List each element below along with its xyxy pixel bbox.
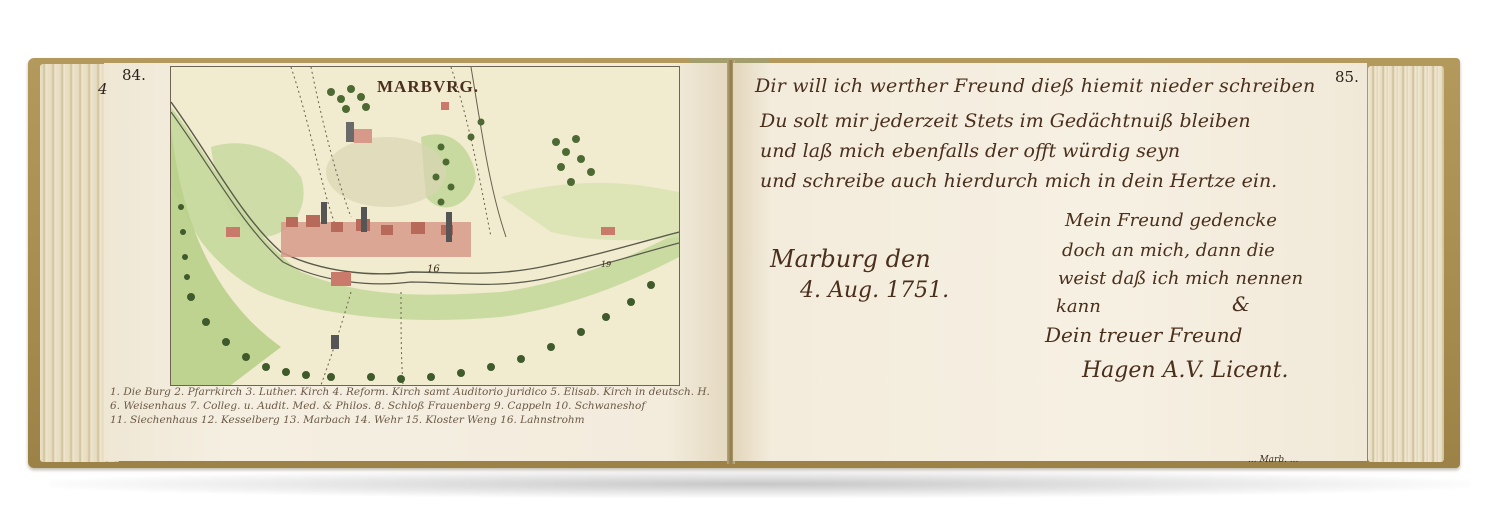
verse-line: und schreibe auch hierdurch mich in dein… — [760, 170, 1277, 192]
dedication-line: Mein Freund gedencke — [1065, 210, 1277, 231]
map-drawing: 16 19 — [171, 67, 679, 385]
book-shadow — [50, 470, 1470, 498]
dedication-line: weist daß ich mich nennen — [1058, 268, 1303, 289]
dedication-line: Dein treuer Freund — [1045, 323, 1242, 347]
legend-line: 1. Die Burg 2. Pfarrkirch 3. Luther. Kir… — [110, 385, 722, 399]
dedication-line: kann — [1056, 296, 1101, 317]
edge-mark: 4 — [98, 80, 108, 98]
svg-text:19: 19 — [601, 260, 611, 269]
marburg-map: 16 19 MARBVRG. — [170, 66, 680, 386]
legend-line: 6. Weisenhaus 7. Colleg. u. Audit. Med. … — [110, 399, 722, 413]
legend-line: 11. Siechenhaus 12. Kesselberg 13. Marba… — [110, 413, 722, 427]
map-title: MARBVRG. — [377, 77, 479, 97]
verse-line: Du solt mir jederzeit Stets im Gedächtnu… — [760, 110, 1251, 132]
bottom-note: ... Marb. ... — [1248, 455, 1298, 465]
verse-line: Dir will ich werther Freund dieß hiemit … — [755, 75, 1315, 97]
signature: Hagen A.V. Licent. — [1082, 358, 1288, 383]
ampersand-mark: & — [1232, 292, 1250, 316]
page-number-right: 85. — [1335, 68, 1359, 86]
dedication-line: doch an mich, dann die — [1062, 240, 1275, 261]
map-legend: 1. Die Burg 2. Pfarrkirch 3. Luther. Kir… — [110, 385, 722, 427]
page-stack-right — [1368, 66, 1444, 462]
place-text: Marburg den — [770, 245, 931, 273]
svg-text:16: 16 — [427, 264, 440, 275]
date-text: 4. Aug. 1751. — [800, 278, 949, 303]
verse-line: und laß mich ebenfalls der offt würdig s… — [760, 140, 1180, 162]
page-number-left: 84. — [122, 66, 146, 84]
